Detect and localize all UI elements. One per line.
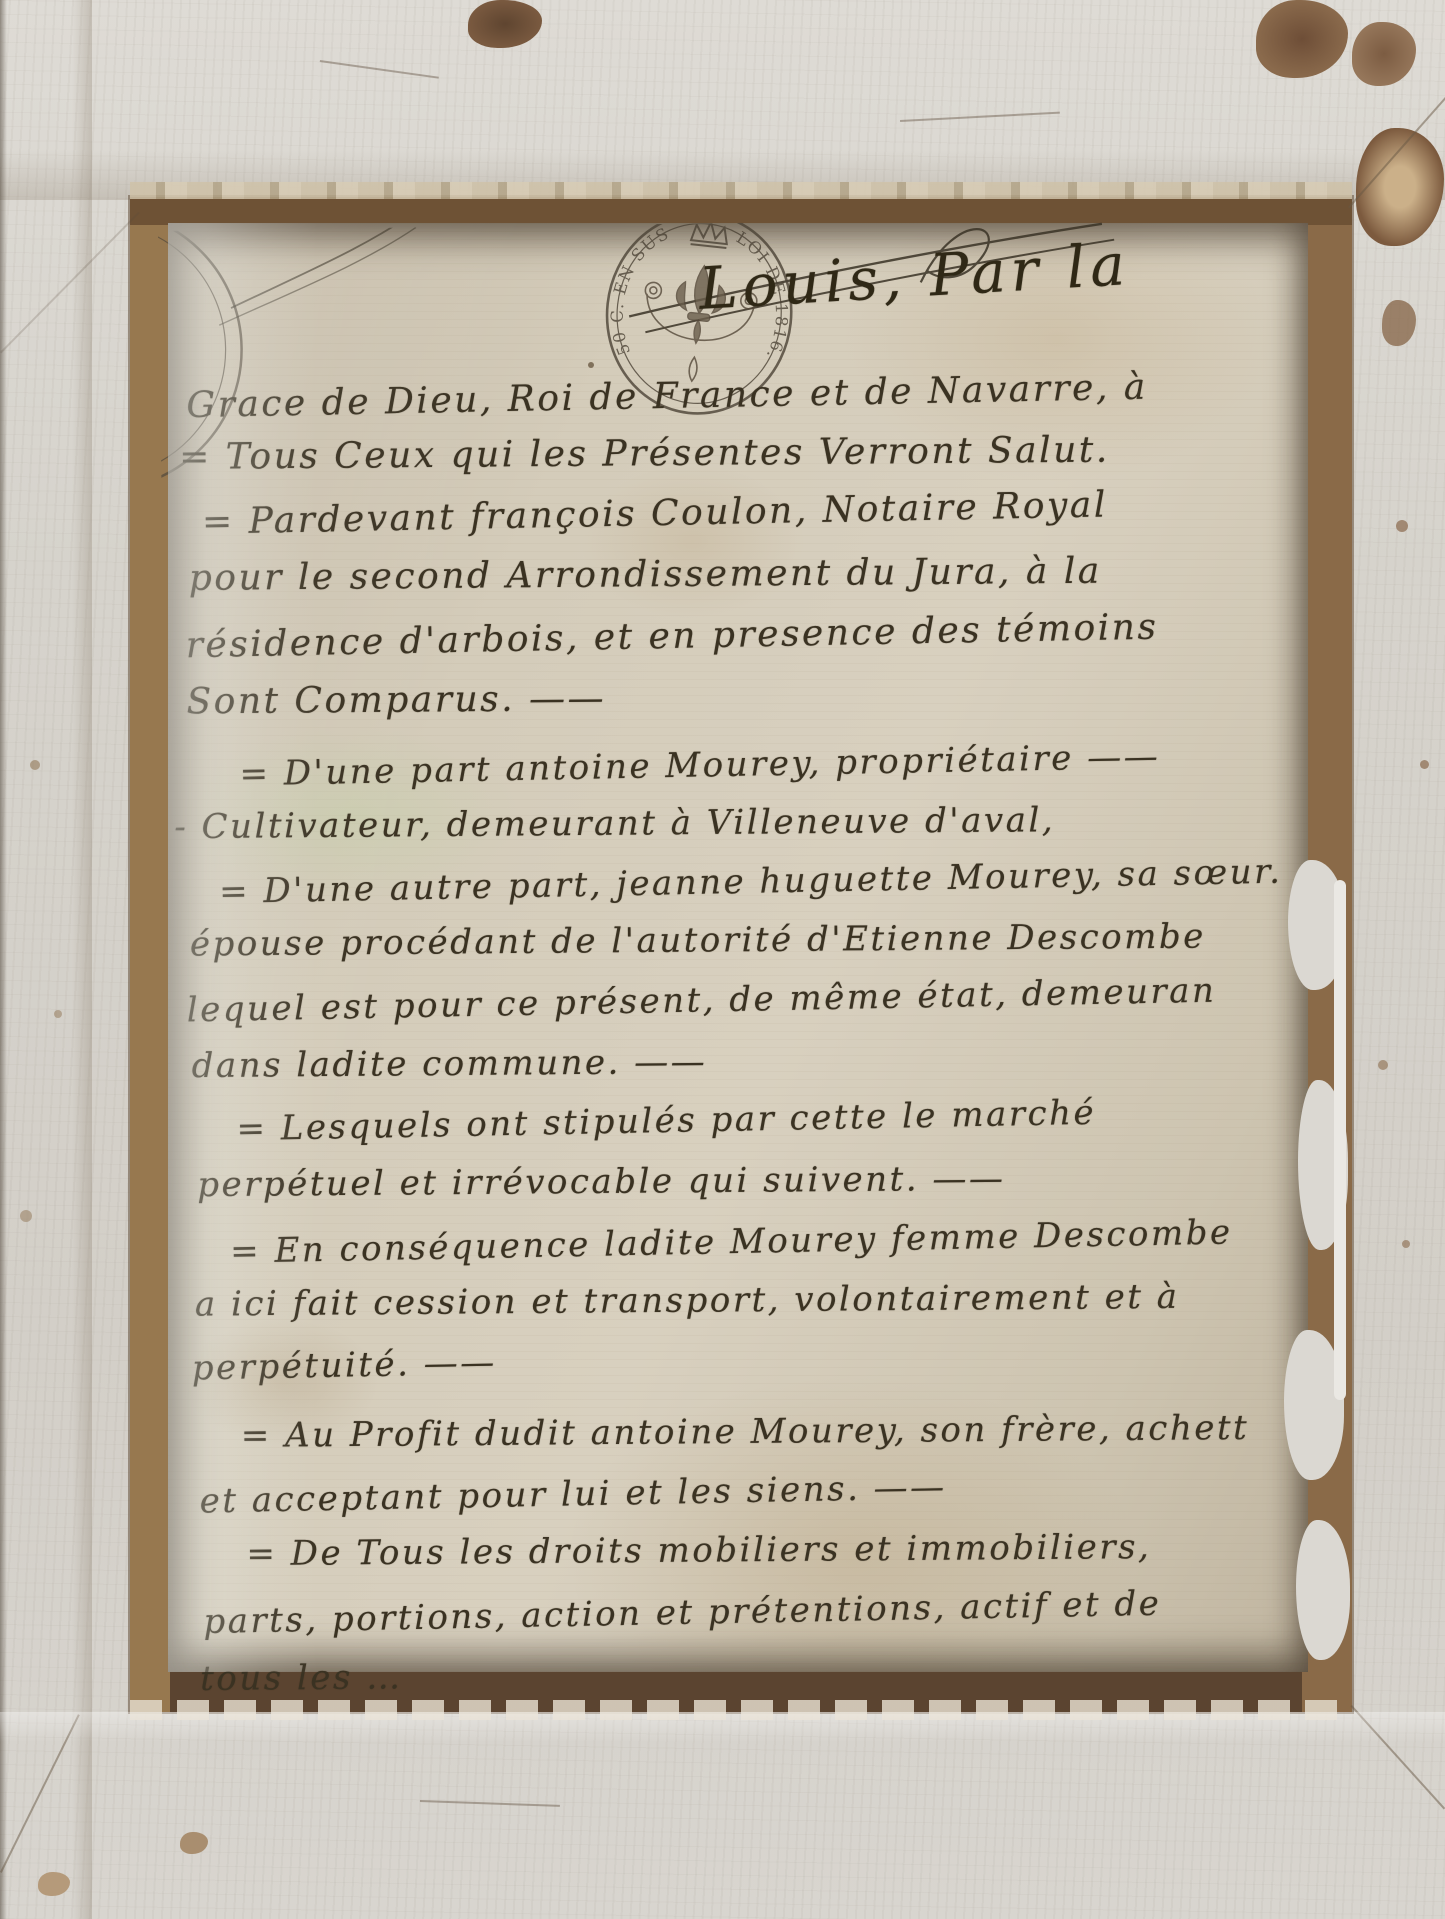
frame-bottom-rail-highlight — [0, 1712, 1445, 1742]
manuscript-line: tous les … — [200, 1657, 403, 1699]
manuscript-line: a ici fait cession et transport, volonta… — [195, 1277, 1180, 1325]
paint-speck — [1396, 520, 1408, 532]
paint-speck — [1402, 1240, 1410, 1248]
frame-left-edge-crack — [0, 0, 7, 1919]
manuscript-line: Sont Comparus. —— — [186, 678, 606, 722]
fresh-paint-streak — [1334, 880, 1346, 1400]
manuscript-line: - Cultivateur, demeurant à Villeneuve d'… — [174, 800, 1055, 847]
manuscript-line: épouse procédant de l'autorité d'Etienne… — [190, 917, 1206, 965]
paint-speck — [588, 362, 594, 368]
paint-speck — [30, 760, 40, 770]
paint-speck — [1420, 760, 1429, 769]
crown-icon — [691, 220, 729, 248]
paint-speck — [54, 1010, 62, 1018]
manuscript-line: perpétuité. —— — [191, 1343, 497, 1389]
paint-blob — [1296, 1520, 1350, 1660]
manuscript-line: pour le second Arrondissement du Jura, à… — [189, 551, 1102, 599]
framed-manuscript-photo: 50 C. EN SUS LOI DE 1816. — [0, 0, 1445, 1919]
manuscript-line: = Tous Ceux qui les Présentes Verront Sa… — [179, 430, 1110, 478]
chipped-gesso-top-edge — [130, 182, 1352, 199]
manuscript-line: perpétuel et irrévocable qui suivent. —— — [197, 1159, 1005, 1205]
manuscript-line: = De Tous les droits mobiliers et immobi… — [246, 1527, 1151, 1574]
frame-left-rail-shadow — [72, 0, 92, 1919]
manuscript-line: = Au Profit dudit antoine Mourey, son fr… — [241, 1408, 1250, 1456]
paint-speck — [1378, 1060, 1388, 1070]
paint-speck — [20, 1210, 32, 1222]
manuscript-content: 50 C. EN SUS LOI DE 1816. — [158, 215, 1318, 1680]
manuscript-line: dans ladite commune. —— — [191, 1042, 707, 1086]
